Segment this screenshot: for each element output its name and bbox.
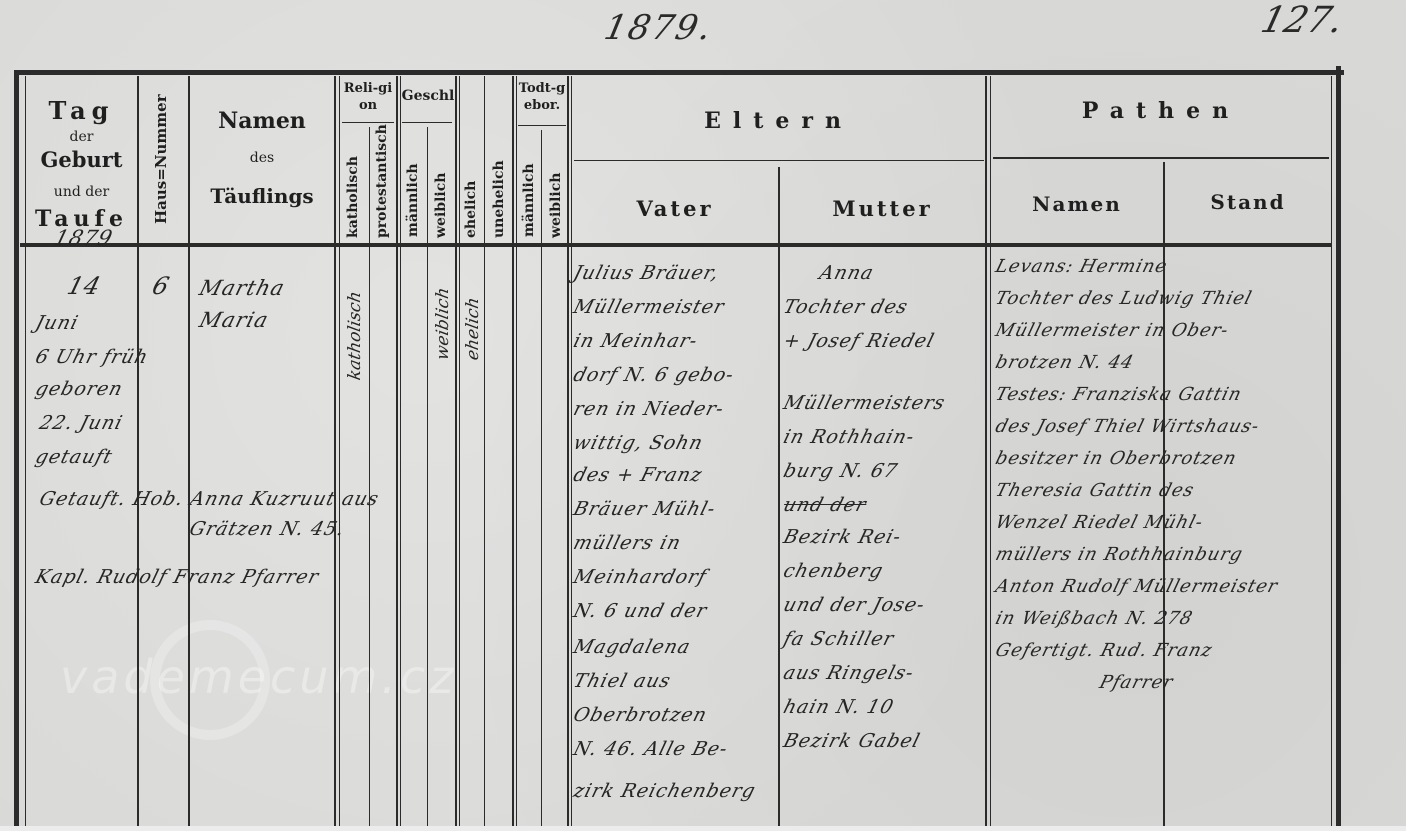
entry-legitimacy-mark: ehelich xyxy=(463,273,483,362)
religion-rule xyxy=(342,122,394,123)
godparent-line: Levans: Hermine xyxy=(993,256,1170,277)
godparent-line: Müllermeister in Ober- xyxy=(993,320,1231,341)
header-maennlich: männlich xyxy=(405,155,421,237)
entry-house-number: 6 xyxy=(149,272,173,300)
godparent-line: besitzer in Oberbrotzen xyxy=(993,448,1239,469)
header-stand: Stand xyxy=(1165,190,1331,214)
father-line: ren in Nieder- xyxy=(571,398,727,420)
mother-line: + Josef Riedel xyxy=(781,330,937,352)
mother-line-struck: und der xyxy=(781,494,869,516)
entry-child-second-name: Maria xyxy=(197,308,272,332)
header-house-number: Haus=Nummer xyxy=(152,84,170,234)
father-line: Bräuer Mühl- xyxy=(571,498,718,520)
father-line: müllers in xyxy=(571,532,684,554)
col-line xyxy=(1331,76,1332,826)
father-line: N. 6 und der xyxy=(571,600,710,622)
header-namen: Namen xyxy=(190,108,334,134)
godparent-line: des Josef Thiel Wirtshaus- xyxy=(993,416,1262,437)
bottom-edge xyxy=(0,826,1406,831)
header-pathen: Pathen xyxy=(991,98,1331,124)
header-todt-weiblich: weiblich xyxy=(548,165,564,238)
godparent-line: Gefertigt. Rud. Franz xyxy=(993,640,1215,661)
mother-line: aus Ringels- xyxy=(781,662,917,684)
father-line: in Meinhar- xyxy=(571,330,700,352)
header-vater: Vater xyxy=(572,196,778,221)
father-line: N. 46. Alle Be- xyxy=(571,738,730,760)
mother-line: fa Schiller xyxy=(781,628,897,650)
mother-line: burg N. 67 xyxy=(781,460,900,482)
header-unehelich: unehelich xyxy=(491,160,507,238)
year-heading: 1879. xyxy=(601,8,717,48)
header-eltern: Eltern xyxy=(572,108,985,134)
header-pathen-namen: Namen xyxy=(991,192,1163,216)
col-line xyxy=(339,76,340,826)
col-line xyxy=(427,127,428,827)
entry-baptism-date: 22. Juni xyxy=(37,412,125,434)
mother-line: und der Jose- xyxy=(781,594,928,616)
header-mutter: Mutter xyxy=(780,196,985,221)
godparent-line: Testes: Franziska Gattin xyxy=(993,384,1244,405)
header-religion: Reli-gion xyxy=(340,80,396,114)
father-line: Müllermeister xyxy=(571,296,727,318)
entry-religion-mark: katholisch xyxy=(345,268,365,382)
father-line: Julius Bräuer, xyxy=(571,262,722,284)
entry-geboren: geboren xyxy=(33,378,125,400)
mother-line: Bezirk Rei- xyxy=(781,526,904,548)
header-und-der: und der xyxy=(26,184,137,200)
header-todtgeboren: Todt-gebor. xyxy=(516,80,568,114)
col-line xyxy=(455,76,457,826)
col-line xyxy=(369,127,370,827)
header-geschlecht: Geschl xyxy=(401,88,455,104)
frame-right xyxy=(1336,66,1341,826)
col-line xyxy=(400,76,401,826)
sex-rule xyxy=(402,122,452,123)
godparents-rule xyxy=(993,157,1329,159)
header-ehelich: ehelich xyxy=(463,180,479,238)
father-line: Magdalena xyxy=(571,636,693,658)
godparent-line: Tochter des Ludwig Thiel xyxy=(993,288,1254,309)
col-line xyxy=(778,167,780,826)
entry-getauft: getauft xyxy=(33,446,115,468)
godparent-line: Pfarrer xyxy=(1097,672,1176,693)
header-des: des xyxy=(190,150,334,166)
col-line xyxy=(137,76,139,826)
parents-rule xyxy=(574,160,984,161)
frame-left xyxy=(14,70,19,826)
header-der-1: der xyxy=(26,129,137,145)
entry-month: Juni xyxy=(33,312,81,334)
header-geburt: Geburt xyxy=(26,147,137,172)
entry-baptized-by-line2: Grätzen N. 45. xyxy=(187,518,347,540)
page-number: 127. xyxy=(1257,0,1347,41)
mother-line: Bezirk Gabel xyxy=(781,730,923,752)
col-line xyxy=(484,76,485,826)
mother-line: Müllermeisters xyxy=(781,392,948,414)
godparent-line: Wenzel Riedel Mühl- xyxy=(993,512,1206,533)
entry-baptized-by-line1: Getauft. Hob. Anna Kuzruut aus xyxy=(37,488,382,510)
mother-line: in Rothhain- xyxy=(781,426,917,448)
entry-sex-mark: weiblich xyxy=(433,263,453,362)
header-bottom-rule xyxy=(20,243,1332,247)
father-line: wittig, Sohn xyxy=(571,432,706,454)
entry-priest: Kapl. Rudolf Franz Pfarrer xyxy=(33,566,322,588)
header-katholisch: katholisch xyxy=(345,150,361,238)
stillborn-rule xyxy=(518,125,566,126)
col-line xyxy=(396,76,398,826)
header-weiblich: weiblich xyxy=(433,160,449,238)
col-line xyxy=(541,130,542,826)
frame-top xyxy=(14,70,1344,75)
header-handwritten-year: 1879 xyxy=(52,226,116,250)
mother-line: chenberg xyxy=(781,560,886,582)
entry-time: 6 Uhr früh xyxy=(33,346,151,368)
header-protestantisch: protestantisch xyxy=(374,128,390,238)
mother-line: Anna xyxy=(817,262,876,284)
father-line: Oberbrotzen xyxy=(571,704,710,726)
register-page: 1879. 127. vademecum.cz Tag der Geburt u… xyxy=(0,0,1406,831)
godparent-line: Anton Rudolf Müllermeister xyxy=(993,576,1280,597)
col-line xyxy=(567,76,569,826)
entry-day: 14 xyxy=(64,272,104,300)
godparent-line: in Weißbach N. 278 xyxy=(993,608,1195,629)
father-line: zirk Reichenberg xyxy=(571,780,758,802)
godparent-line: brotzen N. 44 xyxy=(993,352,1136,373)
mother-line: hain N. 10 xyxy=(781,696,896,718)
header-todt-maennlich: männlich xyxy=(521,155,537,237)
entry-child-first-name: Martha xyxy=(197,276,288,300)
father-line: des + Franz xyxy=(571,464,705,486)
father-line: dorf N. 6 gebo- xyxy=(571,364,737,386)
father-line: Thiel aus xyxy=(571,670,674,692)
header-taeuflings: Täuflings xyxy=(190,184,334,208)
godparent-line: müllers in Rothhainburg xyxy=(993,544,1245,565)
col-line xyxy=(990,76,991,826)
col-line xyxy=(512,76,514,826)
col-line xyxy=(985,76,987,826)
col-line xyxy=(334,76,336,826)
col-line xyxy=(516,76,517,826)
mother-line: Tochter des xyxy=(781,296,911,318)
godparent-line: Theresia Gattin des xyxy=(993,480,1197,501)
header-tag: Tag xyxy=(26,96,137,125)
col-line xyxy=(459,76,460,826)
father-line: Meinhardorf xyxy=(571,566,709,588)
